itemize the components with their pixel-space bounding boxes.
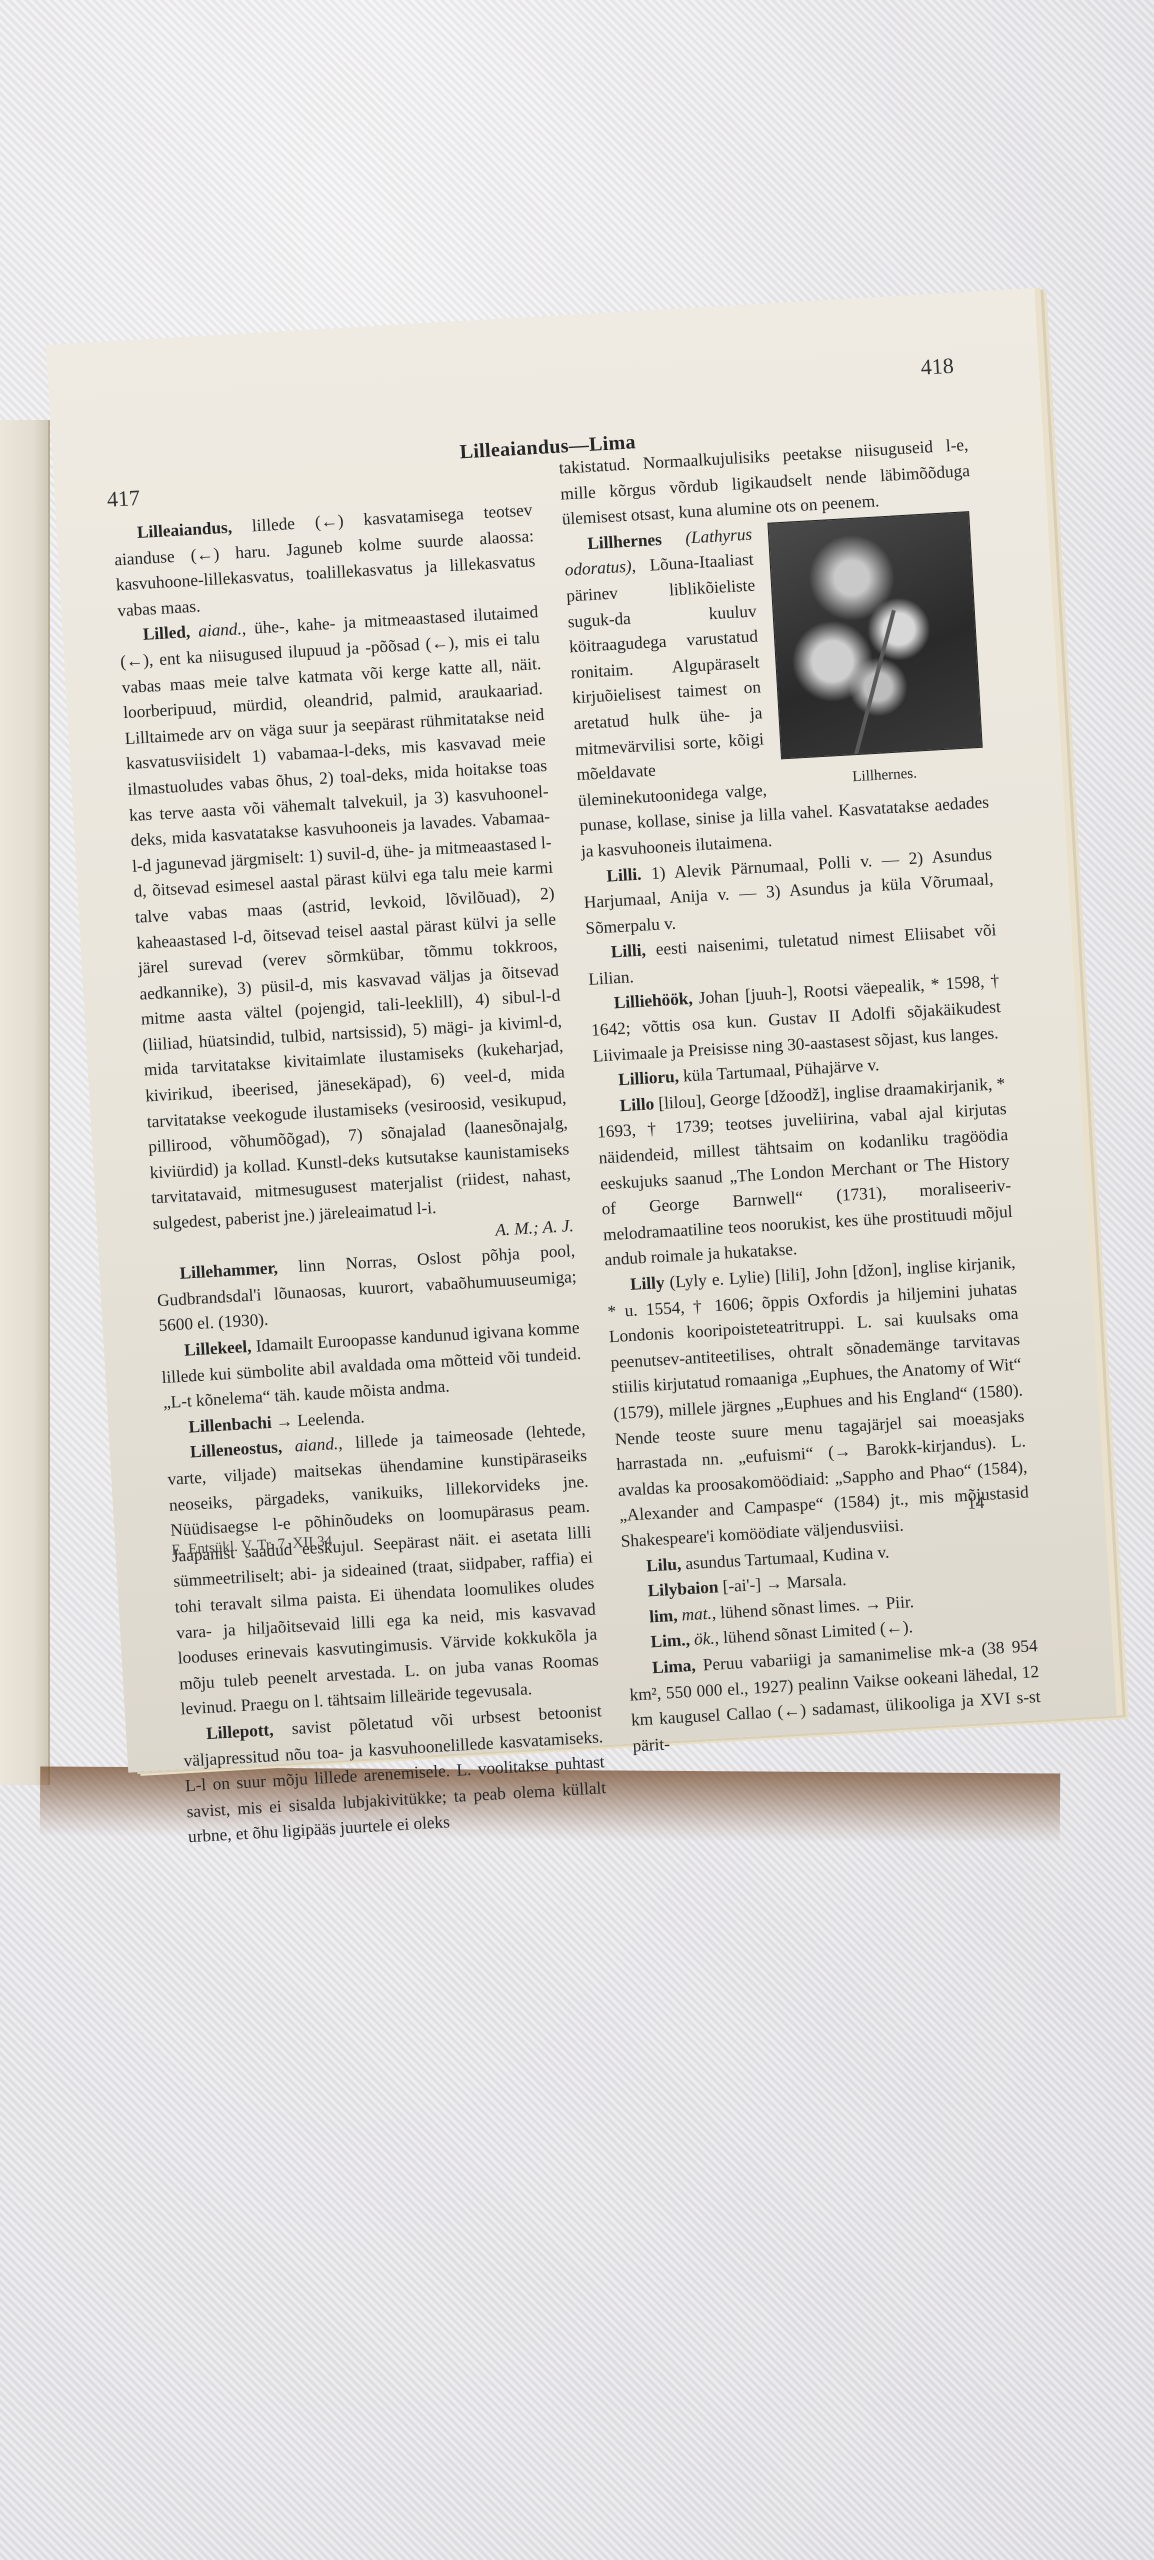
dictionary-entry: Lillo [lilou], George [džoodž], inglise … [595, 1071, 1015, 1273]
left-column: Lilleaiandus, lillede (←) kasvatamisega … [112, 497, 608, 1850]
entry-text: , lillede ja taimeosade (lehtede, varte,… [167, 1420, 599, 1719]
entry-headword: Lilleneostus, [190, 1438, 283, 1462]
entry-headword: Lilli. [606, 864, 642, 885]
page-number-left: 417 [106, 485, 140, 513]
entry-text: → Leelenda. [271, 1407, 365, 1431]
entry-headword: Lilled, [142, 623, 190, 645]
entry-text: , ühe-, kahe- ja mitmeaastased ilutaimed… [120, 603, 571, 1234]
entry-text: Peruu vabariigi ja samanimelise mk-a (38… [629, 1636, 1041, 1755]
left-page-edge [0, 420, 50, 1785]
entry-headword: Lilleaiandus, [136, 518, 232, 542]
entry-label: ök. [689, 1629, 715, 1649]
entry-label: aiand. [282, 1434, 339, 1456]
entry-text: lillede (←) kasvatamisega teotsev aiandu… [114, 500, 536, 620]
entry-headword: Lilly [630, 1273, 665, 1294]
entry-headword: Lillenbachi [188, 1413, 272, 1437]
dictionary-entry: Lilled, aiand., ühe-, kahe- ja mitmeaast… [118, 600, 573, 1237]
entry-headword: Lillehammer, [179, 1258, 278, 1283]
entry-headword: Lillepott, [206, 1720, 274, 1743]
entry-headword: lim, [649, 1605, 678, 1626]
dictionary-entry: Lillepott, savist põletatud või urbsest … [182, 1698, 609, 1850]
entry-headword: Lillekeel, [184, 1337, 252, 1360]
entry-text: (Lyly e. Lylie) [lili], John [džon], ing… [607, 1253, 1029, 1551]
entry-headword: Lillo [619, 1094, 654, 1115]
entry-headword: Lillhernes [587, 530, 662, 553]
entry-headword: Lilybaion [647, 1577, 719, 1600]
figure: Lillhernes. [767, 511, 987, 795]
entry-label: aiand. [190, 620, 243, 642]
page-number-right: 418 [920, 353, 954, 381]
entry-headword: Lilli, [610, 941, 646, 962]
dictionary-entry: Lilleneostus, aiand., lillede ja taimeos… [165, 1417, 601, 1722]
entry-headword: Lim., [650, 1630, 690, 1651]
right-column: takistatud. Normaalkujulisiks peetakse n… [558, 432, 1042, 1759]
entry-text: [-ai'-] → Marsala. [718, 1570, 847, 1596]
encyclopedia-page: 417 418 Lilleaiandus—Lima Lilleaiandus, … [46, 288, 1117, 1773]
entry-label: mat. [677, 1604, 712, 1625]
entry-headword: Lillioru, [618, 1067, 680, 1089]
entry-headword: Lilu, [646, 1554, 682, 1575]
sweet-pea-photo-icon [767, 511, 982, 759]
entry-headword: Lima, [652, 1656, 696, 1677]
entry-headword: Lilliehöök, [613, 989, 693, 1013]
signature-number: 14 [967, 1493, 985, 1514]
entry-text: [lilou], George [džoodž], inglise draama… [597, 1074, 1013, 1270]
